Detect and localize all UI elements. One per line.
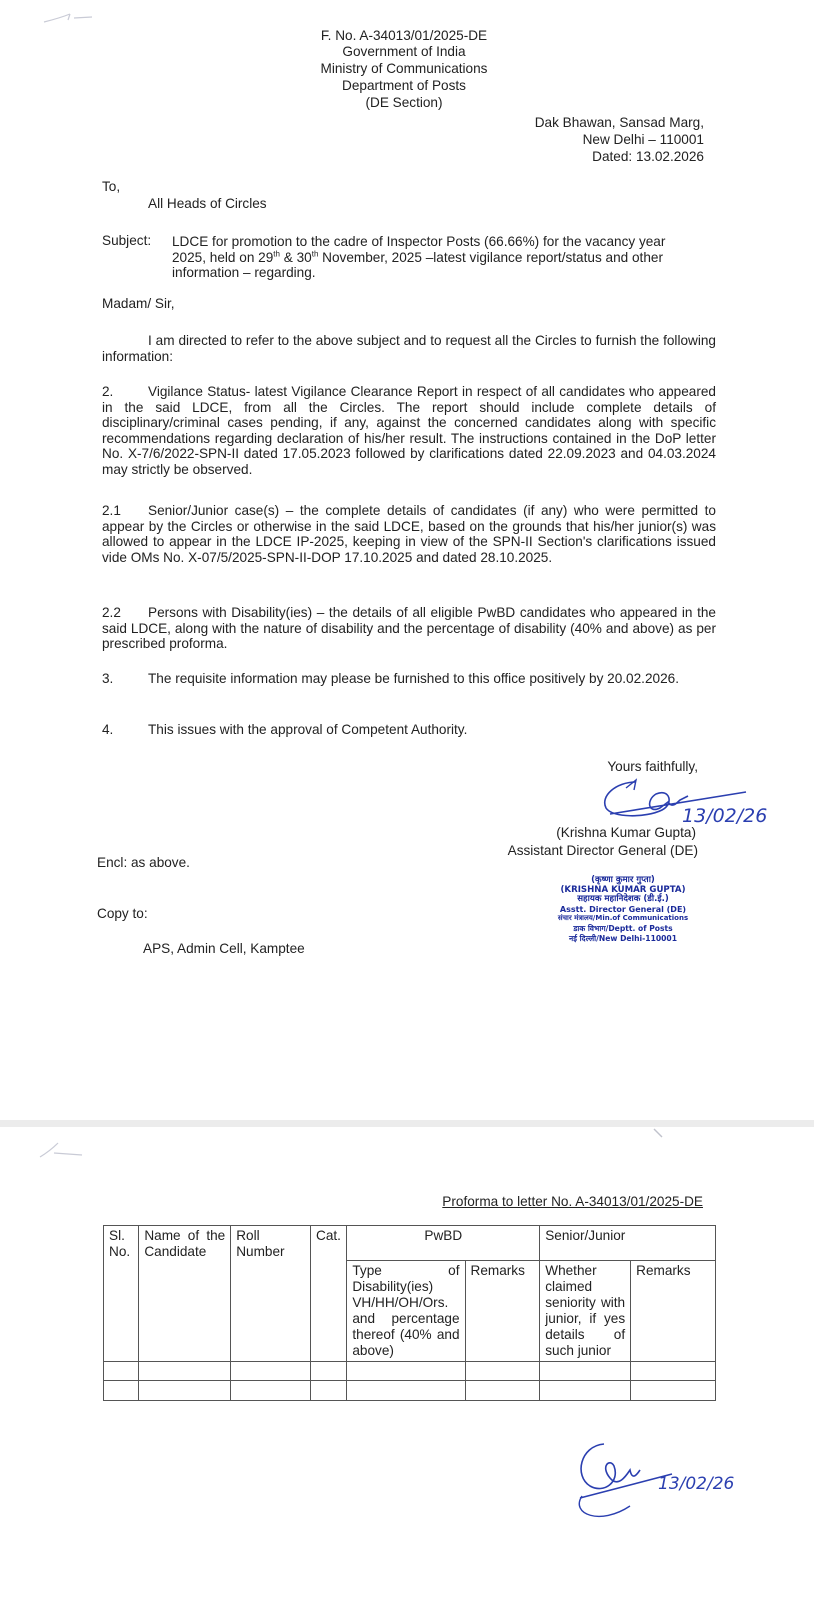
org-line-government: Government of India bbox=[300, 44, 508, 60]
copy-to-recipient: APS, Admin Cell, Kamptee bbox=[143, 941, 305, 957]
header-category: Cat. bbox=[311, 1226, 347, 1362]
header-pwbd: PwBD bbox=[347, 1226, 540, 1261]
header-pwbd-type: Type of Disability(ies) VH/HH/OH/Ors. an… bbox=[347, 1261, 465, 1362]
salutation: Madam/ Sir, bbox=[102, 296, 175, 312]
header-senior-junior: Senior/Junior bbox=[540, 1226, 716, 1261]
signatory-name: (Krishna Kumar Gupta) bbox=[500, 825, 696, 841]
to-label: To, bbox=[102, 179, 120, 195]
recipient: All Heads of Circles bbox=[148, 196, 267, 212]
paragraph-3: 3.The requisite information may please b… bbox=[102, 671, 716, 687]
paragraph-2: 2.Vigilance Status- latest Vigilance Cle… bbox=[102, 384, 716, 477]
table-row bbox=[104, 1381, 716, 1401]
pencil-mark-icon bbox=[40, 8, 100, 28]
copy-to-label: Copy to: bbox=[97, 906, 148, 922]
header-sj-remarks: Remarks bbox=[631, 1261, 716, 1362]
address-line-1: Dak Bhawan, Sansad Marg, bbox=[480, 115, 704, 131]
header-sj-whether-claimed: Whether claimed seniority with junior, i… bbox=[540, 1261, 631, 1362]
official-stamp: (कृष्णा कुमार गुप्ता) (KRISHNA KUMAR GUP… bbox=[528, 876, 718, 943]
enclosure: Encl: as above. bbox=[97, 855, 190, 871]
proforma-table: Sl. No. Name of the Candidate Roll Numbe… bbox=[103, 1225, 716, 1401]
paragraph-2-2: 2.2Persons with Disability(ies) – the de… bbox=[102, 605, 716, 652]
file-number: F. No. A-34013/01/2025-DE bbox=[300, 28, 508, 44]
header-sl-no: Sl. No. bbox=[104, 1226, 139, 1362]
header-roll-number: Roll Number bbox=[231, 1226, 311, 1362]
proforma-signature-date: 13/02/26 bbox=[658, 1476, 734, 1492]
letter-page-1: F. No. A-34013/01/2025-DE Government of … bbox=[0, 0, 814, 1120]
address-line-2: New Delhi – 110001 bbox=[480, 132, 704, 148]
pencil-mark-icon bbox=[36, 1137, 96, 1161]
org-line-department: Department of Posts bbox=[300, 78, 508, 94]
subject-line-3: information – regarding. bbox=[172, 265, 316, 281]
pencil-mark-icon bbox=[650, 1127, 670, 1143]
header-candidate-name: Name of the Candidate bbox=[139, 1226, 231, 1362]
org-line-section: (DE Section) bbox=[300, 95, 508, 111]
signature-date: 13/02/26 bbox=[682, 808, 767, 824]
intro-paragraph: I am directed to refer to the above subj… bbox=[102, 333, 716, 364]
paragraph-4: 4.This issues with the approval of Compe… bbox=[102, 722, 716, 738]
subject-line-2: 2025, held on 29th & 30th November, 2025… bbox=[172, 250, 663, 266]
paragraph-2-1: 2.1Senior/Junior case(s) – the complete … bbox=[102, 503, 716, 565]
subject-line-1: LDCE for promotion to the cadre of Inspe… bbox=[172, 234, 665, 250]
proforma-title: Proforma to letter No. A-34013/01/2025-D… bbox=[420, 1194, 703, 1210]
letter-date: Dated: 13.02.2026 bbox=[480, 149, 704, 165]
header-pwbd-remarks: Remarks bbox=[465, 1261, 540, 1362]
org-line-ministry: Ministry of Communications bbox=[300, 61, 508, 77]
subject-label: Subject: bbox=[102, 233, 151, 249]
signatory-designation: Assistant Director General (DE) bbox=[470, 843, 698, 859]
closing: Yours faithfully, bbox=[540, 759, 698, 775]
table-row bbox=[104, 1362, 716, 1381]
